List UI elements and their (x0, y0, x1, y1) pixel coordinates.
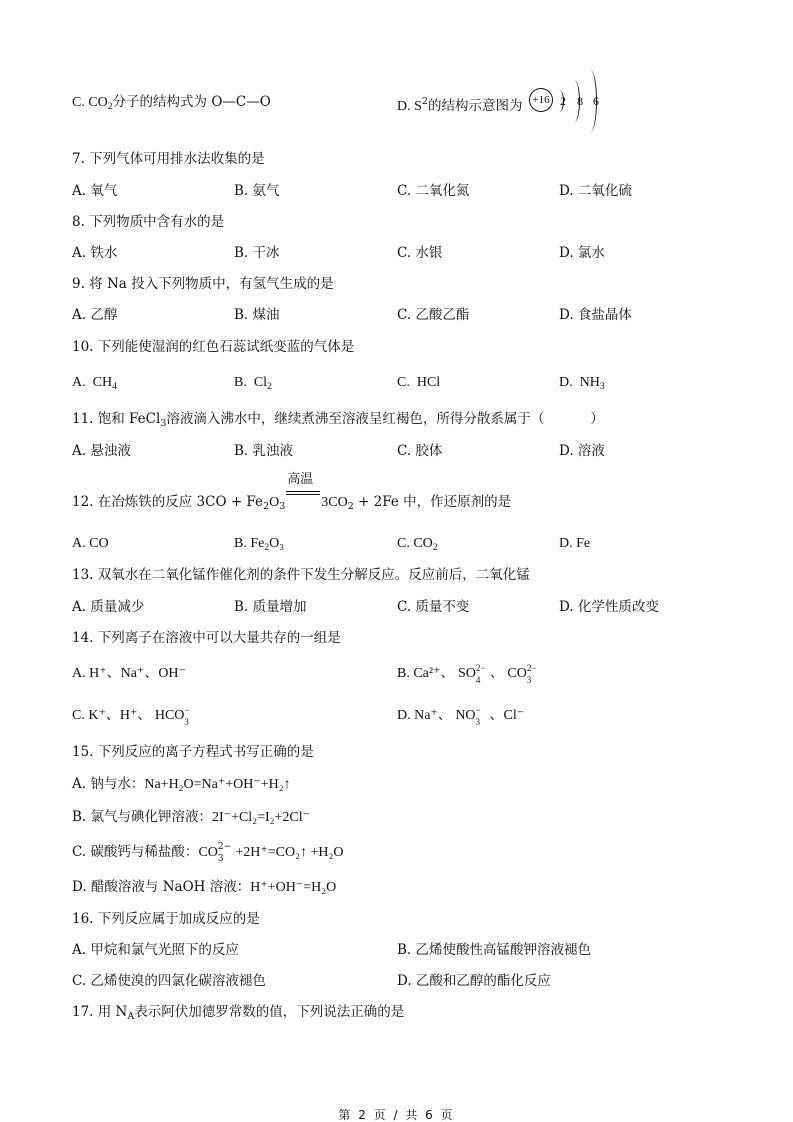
q10-stem: 10. 下列能使湿润的红色石蕊试纸变蓝的气体是 (72, 338, 354, 356)
q11-stem: 11. 饱和 FeCl3溶液滴入沸水中，继续煮沸至溶液呈红褐色，所得分散系属于（… (72, 410, 604, 433)
option-text: 、Cl⁻ (490, 708, 525, 723)
q15-option-d[interactable]: D. 醋酸溶液与 NaOH 溶液：H⁺+OH⁻=H₂O (72, 878, 336, 897)
q15-option-b[interactable]: B. 氯气与碘化钾溶液：2I⁻+Cl₂=I₂+2Cl⁻ (72, 808, 310, 827)
formula-tail: O₃ (269, 536, 284, 551)
subscript: 2 (267, 382, 272, 392)
stem-part: 溶液滴入沸水中，继续煮沸至溶液呈红褐色，所得分散系属于（ (166, 411, 544, 427)
stem-part: O (269, 495, 279, 510)
q8-option-b[interactable]: B. 干冰 (234, 244, 280, 262)
option-label: D. 醋酸溶液与 NaOH 溶液： (72, 879, 250, 895)
formula: HCl (417, 375, 440, 390)
q14-option-c[interactable]: C. K⁺、H⁺、 HCO−3 (72, 707, 198, 725)
option-label: A. CO (72, 536, 109, 551)
q9-option-c[interactable]: C. 乙酸乙酯 (397, 306, 469, 324)
option-text: B. Ca²⁺、 SO (397, 666, 476, 681)
q10-option-c[interactable]: C. HCl (397, 374, 440, 392)
q11-option-c[interactable]: C. 胶体 (397, 442, 442, 460)
q8-option-a[interactable]: A. 铁水 (72, 244, 117, 262)
q12-option-c[interactable]: C. CO2 (397, 535, 438, 557)
q12-option-b[interactable]: B. Fe2O₃ (234, 535, 284, 557)
equals-line (286, 491, 320, 492)
q10-option-d[interactable]: D. NH3 (559, 374, 605, 396)
shell-count-3: 6 (593, 94, 599, 109)
q14-stem: 14. 下列离子在溶液中可以大量共存的一组是 (72, 629, 341, 647)
nitrate-charge-stack: −3 (476, 707, 490, 721)
q16-option-b[interactable]: B. 乙烯使酸性高锰酸钾溶液褪色 (397, 941, 591, 959)
option-label: C. (397, 375, 410, 390)
q13-option-b[interactable]: B. 质量增加 (234, 598, 307, 616)
sulfur-ion-structure-diagram: +16 2 8 6 (529, 70, 609, 130)
formula: CH (93, 375, 112, 390)
ionic-equation: H⁺+OH⁻=H₂O (250, 880, 336, 895)
q6-d-prefix: D. S (397, 99, 422, 114)
option-text: C. K⁺、H⁺、 HCO (72, 708, 184, 723)
stem-part: ） (590, 411, 604, 427)
q10-option-a[interactable]: A. CH4 (72, 374, 117, 396)
subscript: 2 (433, 543, 438, 553)
q8-option-c[interactable]: C. 水银 (397, 244, 442, 262)
q6-d-text: 的结构示意图为 (428, 98, 523, 114)
q16-option-d[interactable]: D. 乙酸和乙醇的酯化反应 (397, 972, 551, 990)
formula: NH (580, 375, 600, 390)
ionic-equation: Na+H₂O=Na⁺+OH⁻+H₂↑ (144, 777, 290, 792)
q6-option-d: D. S2的结构示意图为 (397, 93, 522, 116)
q14-option-a[interactable]: A. H⁺、Na⁺、OH⁻ (72, 665, 186, 683)
q11-option-d[interactable]: D. 溶液 (559, 442, 605, 460)
q14-option-b[interactable]: B. Ca²⁺、 SO2−4、 CO2−3 (397, 665, 541, 683)
carbonate-charge-stack: 2−3 (527, 665, 541, 679)
q9-stem: 9. 将 Na 投入下列物质中，有氢气生成的是 (72, 275, 334, 293)
option-label: C. 碳酸钙与稀盐酸： (72, 844, 198, 860)
sulfate-charge-stack: 2−4 (476, 665, 490, 679)
q17-stem: 17. 用 NA表示阿伏加德罗常数的值，下列说法正确的是 (72, 1003, 404, 1026)
subscript: 3 (600, 382, 605, 392)
page-number-footer: 第 2 页 / 共 6 页 (0, 1106, 793, 1122)
q13-option-a[interactable]: A. 质量减少 (72, 598, 144, 616)
q6-c-formula: C. CO (72, 95, 108, 110)
q11-option-a[interactable]: A. 悬浊液 (72, 442, 131, 460)
formula: Cl (254, 375, 267, 390)
option-label: C. CO (397, 536, 433, 551)
subscript: 4 (112, 382, 117, 392)
q10-option-b[interactable]: B. Cl2 (234, 374, 272, 396)
equals-line (286, 494, 320, 495)
q16-option-a[interactable]: A. 甲烷和氯气光照下的反应 (72, 941, 239, 959)
bicarbonate-charge-stack: −3 (184, 707, 198, 721)
q13-option-c[interactable]: C. 质量不变 (397, 598, 469, 616)
q12-option-a[interactable]: A. CO (72, 535, 109, 553)
option-label: D. (559, 375, 573, 390)
q6-option-c: C. CO2分子的结构式为 O—C—O (72, 93, 271, 116)
stem-part: 12. 在冶炼铁的反应 3CO + Fe (72, 494, 263, 510)
q9-option-b[interactable]: B. 煤油 (234, 306, 280, 324)
ionic-equation: 2I⁻+Cl₂=I₂+2Cl⁻ (212, 810, 310, 825)
option-label: B. (234, 375, 247, 390)
q16-stem: 16. 下列反应属于加成反应的是 (72, 910, 260, 928)
q15-option-c[interactable]: C. 碳酸钙与稀盐酸：CO2−3 +2H⁺=CO₂↑ +H₂O (72, 843, 344, 862)
stem-part: 3CO (321, 495, 347, 510)
condition-label: 高温 (287, 471, 313, 489)
stem-part: + 2Fe 中，作还原剂的是 (354, 494, 511, 510)
option-label: A. (72, 375, 86, 390)
q12-stem: 12. 在冶炼铁的反应 3CO + Fe2O3高温3CO2 + 2Fe 中，作还… (72, 488, 511, 516)
shell-count-1: 2 (560, 94, 566, 109)
q7-option-d[interactable]: D. 二氧化硫 (559, 182, 632, 200)
q7-stem: 7. 下列气体可用排水法收集的是 (72, 150, 265, 168)
q9-option-a[interactable]: A. 乙醇 (72, 306, 117, 324)
q7-option-a[interactable]: A. 氧气 (72, 182, 117, 200)
q13-option-d[interactable]: D. 化学性质改变 (559, 598, 659, 616)
q15-stem: 15. 下列反应的离子方程式书写正确的是 (72, 743, 314, 761)
option-text: 、 CO (490, 666, 527, 681)
q7-option-c[interactable]: C. 二氧化氮 (397, 182, 469, 200)
reaction-condition-equals: 高温 (286, 488, 320, 506)
q8-option-d[interactable]: D. 氯水 (559, 244, 605, 262)
ionic-equation: CO (198, 845, 217, 860)
q9-option-d[interactable]: D. 食盐晶体 (559, 306, 632, 324)
q13-stem: 13. 双氧水在二氧化锰作催化剂的条件下发生分解反应。反应前后，二氧化锰 (72, 566, 530, 584)
stem-part: 17. 用 N (72, 1004, 127, 1020)
option-label: B. Fe (234, 536, 264, 551)
option-label: D. Fe (559, 536, 590, 551)
stem-part: 表示阿伏加德罗常数的值，下列说法正确的是 (134, 1004, 404, 1020)
stem-part: 11. 饱和 FeCl (72, 411, 160, 427)
q15-option-a[interactable]: A. 钠与水：Na+H₂O=Na⁺+OH⁻+H₂↑ (72, 775, 291, 794)
option-text: D. Na⁺、 NO (397, 708, 476, 723)
q12-option-d[interactable]: D. Fe (559, 535, 590, 553)
shell-count-2: 8 (577, 94, 583, 109)
option-label: A. 钠与水： (72, 776, 144, 792)
q11-option-b[interactable]: B. 乳浊液 (234, 442, 293, 460)
q14-option-d[interactable]: D. Na⁺、 NO−3、Cl⁻ (397, 707, 524, 725)
q8-stem: 8. 下列物质中含有水的是 (72, 213, 224, 231)
ionic-equation: +2H⁺=CO₂↑ +H₂O (232, 845, 344, 860)
nucleus: +16 (529, 88, 553, 112)
option-label: B. 氯气与碘化钾溶液： (72, 809, 212, 825)
q7-option-b[interactable]: B. 氨气 (234, 182, 280, 200)
q6-c-text: 分子的结构式为 O—C—O (113, 94, 271, 110)
q16-option-c[interactable]: C. 乙烯使溴的四氯化碳溶液褪色 (72, 972, 266, 990)
carbonate-charge-stack: 2−3 (218, 844, 232, 858)
subscript: 3 (279, 501, 285, 512)
